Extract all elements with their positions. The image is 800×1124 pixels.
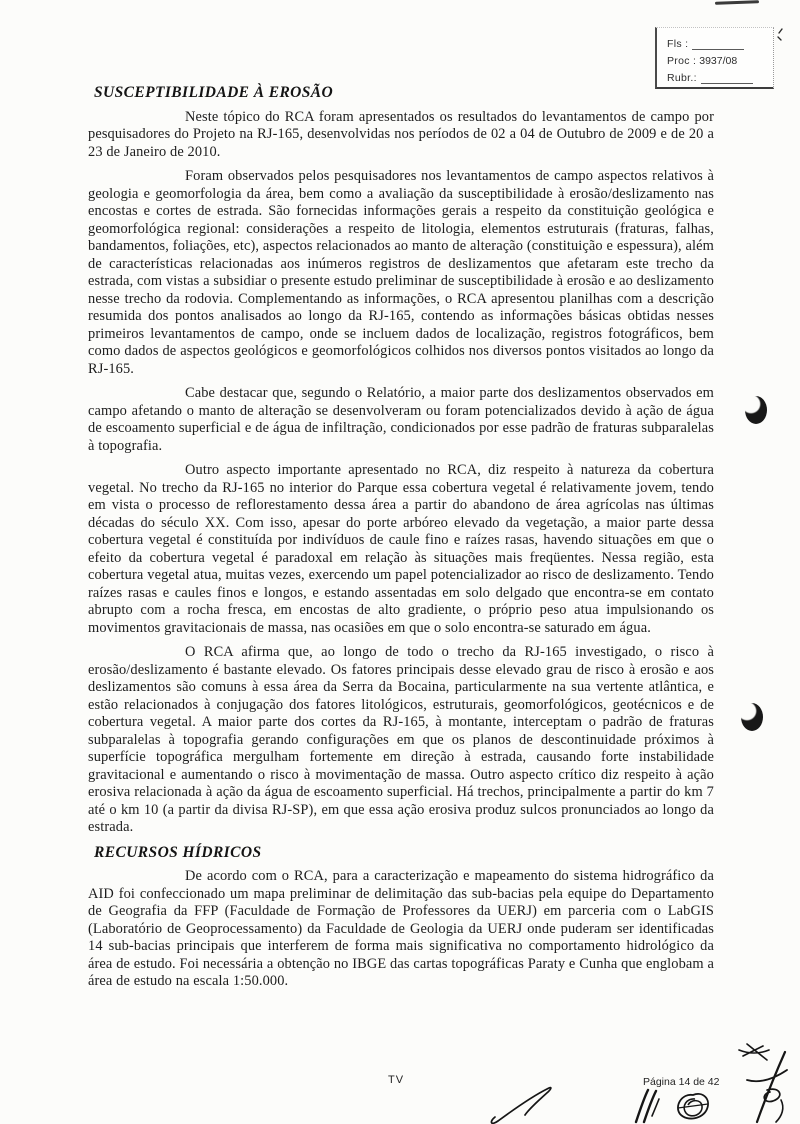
- scanned-document-page: Fls : Proc : 3937/08 Rubr.: SUSCEPTIBILI…: [0, 0, 800, 1124]
- rubr-label: Rubr.:: [667, 72, 697, 84]
- paragraph: De acordo com o RCA, para a caracterizaç…: [88, 868, 714, 991]
- section-heading-recursos-hidricos: RECURSOS HÍDRICOS: [94, 844, 714, 863]
- page-number-indicator: Página 14 de 42: [643, 1076, 719, 1088]
- scan-artifact-line: [715, 0, 759, 5]
- handwritten-slash-marks: [628, 1088, 664, 1124]
- handwritten-paraph: [733, 1042, 799, 1124]
- document-body: SUSCEPTIBILIDADE À EROSÃO Neste tópico d…: [88, 84, 714, 998]
- handwritten-signature: [487, 1086, 557, 1124]
- process-stamp-box: Fls : Proc : 3937/08 Rubr.:: [655, 27, 774, 89]
- paragraph: Outro aspecto importante apresentado no …: [88, 462, 714, 637]
- paragraph: Cabe destacar que, segundo o Relatório, …: [88, 385, 714, 455]
- section-heading-susceptibilidade: SUSCEPTIBILIDADE À EROSÃO: [94, 84, 714, 103]
- paragraph: Foram observados pelos pesquisadores nos…: [88, 168, 714, 378]
- footer-initials: TV: [388, 1074, 404, 1086]
- fls-label: Fls :: [667, 38, 688, 50]
- stamp-field-proc: Proc : 3937/08: [667, 50, 773, 67]
- hole-punch-shadow-icon: [741, 703, 763, 731]
- paragraph: O RCA afirma que, ao longo de todo o tre…: [88, 644, 714, 837]
- proc-number: 3937/08: [699, 55, 737, 67]
- rubr-blank-line: [701, 72, 753, 84]
- fls-blank-line: [692, 38, 744, 50]
- hole-punch-shadow-icon: [745, 396, 767, 424]
- handwritten-circle-scribble: [672, 1090, 714, 1124]
- stamp-field-rubr: Rubr.:: [667, 67, 773, 84]
- proc-label: Proc :: [667, 55, 696, 67]
- paragraph: Neste tópico do RCA foram apresentados o…: [88, 109, 714, 162]
- stamp-field-fls: Fls :: [667, 33, 773, 50]
- pen-tick-mark: [776, 28, 784, 42]
